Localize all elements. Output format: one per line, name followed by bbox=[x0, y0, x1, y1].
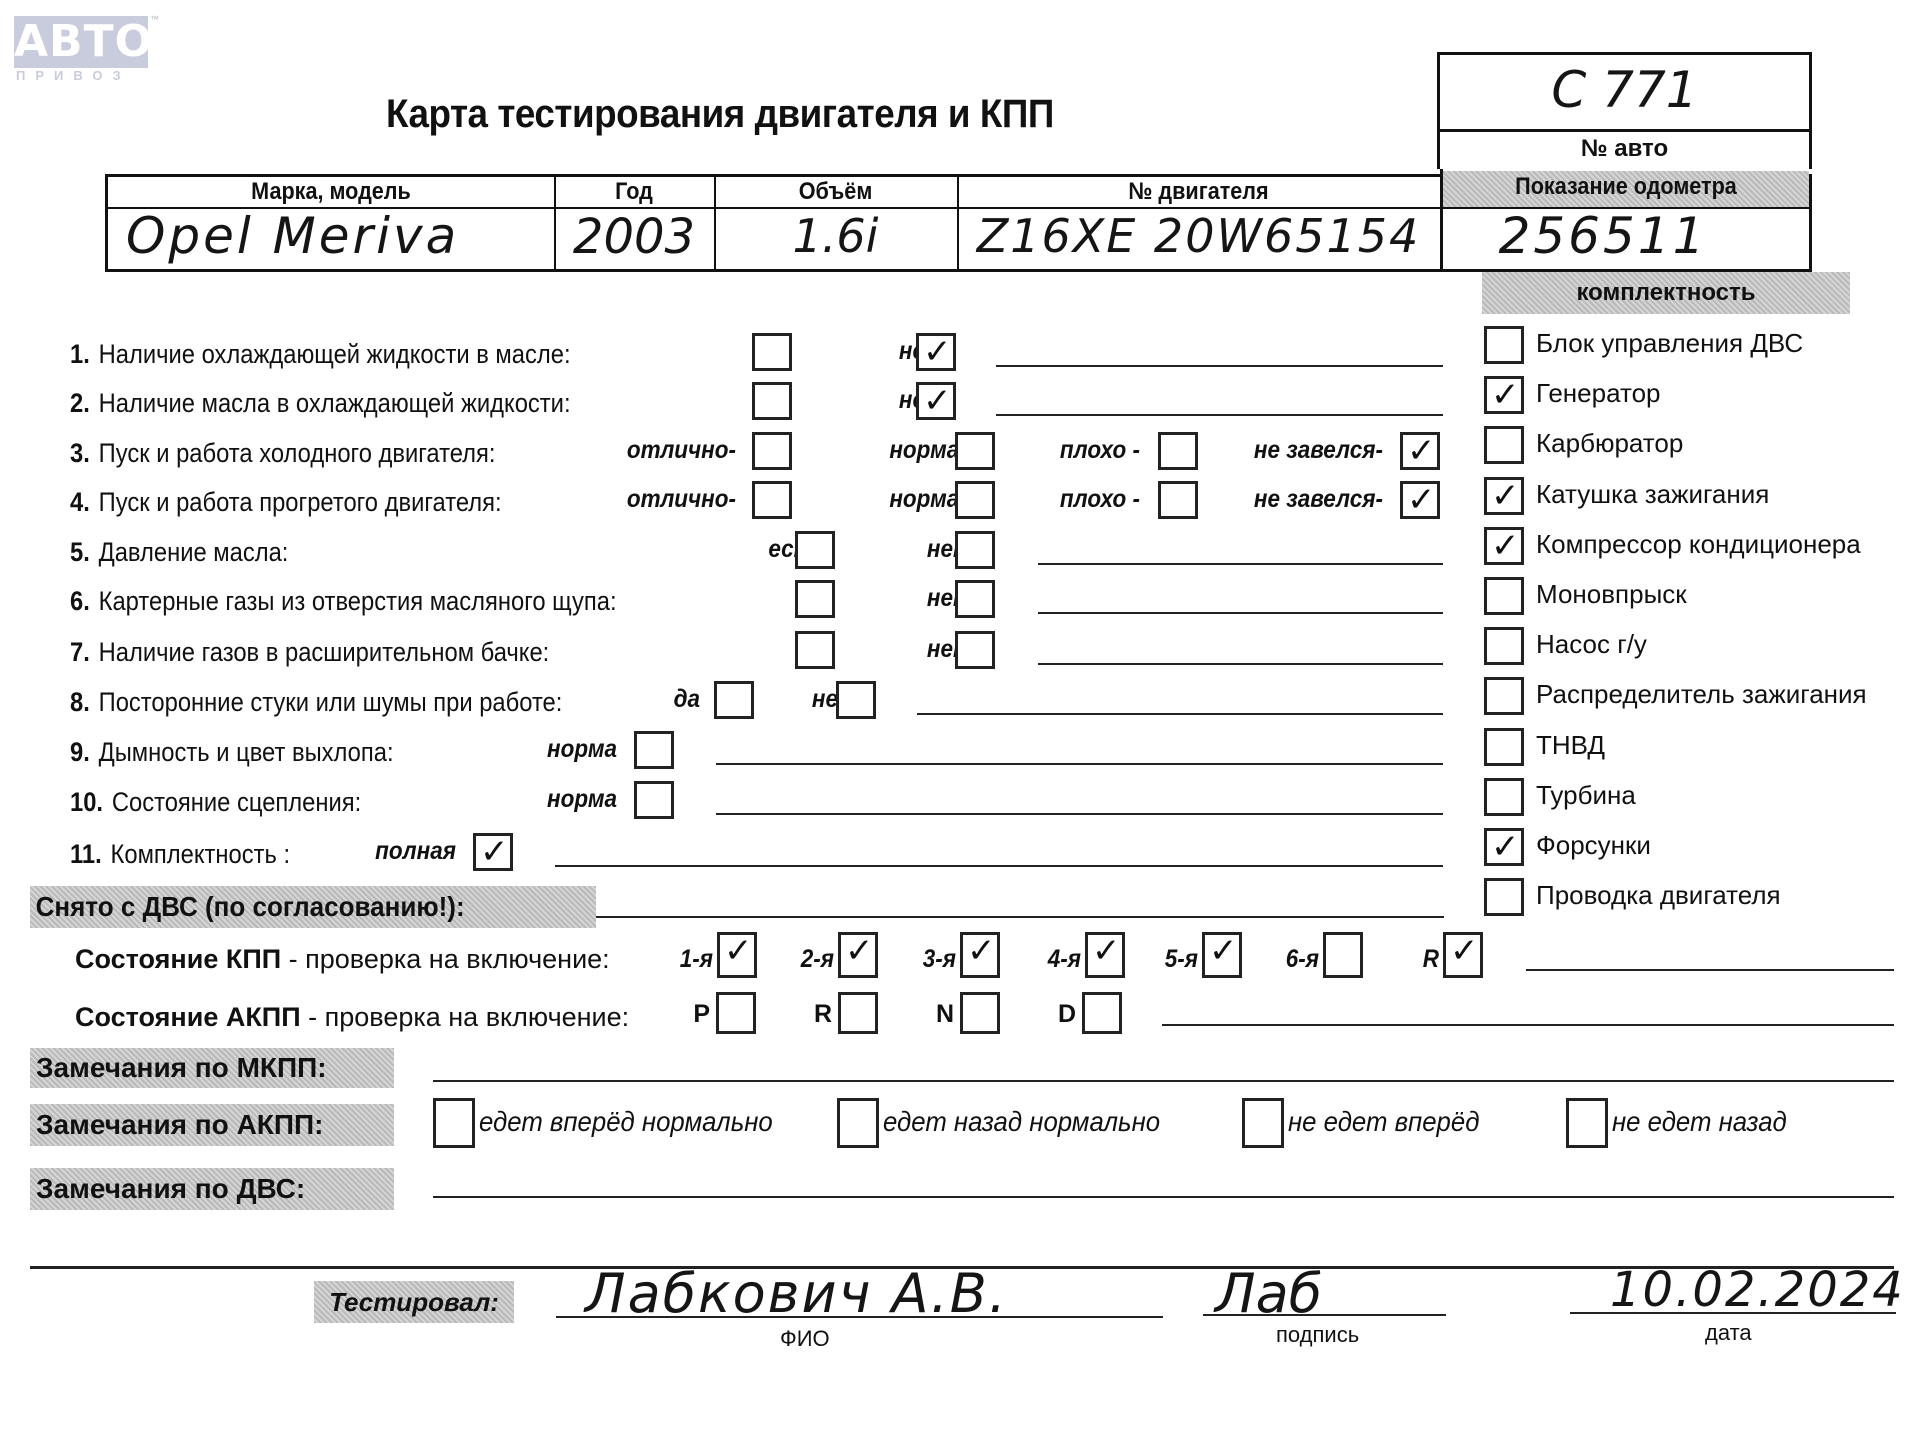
auto-gearbox-bold: Состояние АКПП bbox=[75, 1002, 301, 1032]
kit-checkbox[interactable] bbox=[1484, 426, 1524, 464]
question-text: Дымность и цвет выхлопа: bbox=[99, 737, 394, 767]
name-line[interactable] bbox=[556, 1316, 1163, 1318]
kit-item-label: ТНВД bbox=[1536, 730, 1605, 761]
akpp-remark-checkbox[interactable] bbox=[1242, 1098, 1284, 1148]
option-label: нет bbox=[829, 635, 973, 664]
trademark-sign: ™ bbox=[150, 14, 159, 24]
question-number: 10. bbox=[70, 787, 103, 817]
kit-item-label: Карбюратор bbox=[1536, 428, 1683, 459]
signature-line[interactable] bbox=[1203, 1314, 1446, 1316]
auto-position-label: P bbox=[676, 1000, 710, 1029]
question-number: 11. bbox=[70, 839, 102, 869]
manual-gearbox-label: Состояние КПП - проверка на включение: bbox=[75, 944, 610, 975]
akpp-remark-checkbox[interactable] bbox=[1566, 1098, 1608, 1148]
col-year: Год bbox=[562, 178, 706, 206]
volume-value: 1.6i bbox=[714, 209, 957, 263]
option-checkbox[interactable] bbox=[473, 833, 513, 871]
akpp-remark-checkbox[interactable] bbox=[433, 1098, 475, 1148]
auto-position-checkbox[interactable] bbox=[1082, 992, 1122, 1034]
akpp-remark-label: не едет назад bbox=[1612, 1106, 1787, 1138]
col-make-model: Марка, модель bbox=[130, 178, 531, 206]
question-text: Пуск и работа холодного двигателя: bbox=[99, 438, 496, 468]
auto-position-checkbox[interactable] bbox=[716, 992, 756, 1034]
odometer-value: 256511 bbox=[1443, 207, 1763, 265]
dvs-remarks-line[interactable] bbox=[433, 1196, 1894, 1198]
akpp-remark-label: едет вперёд нормально bbox=[479, 1106, 773, 1138]
manual-gearbox-bold: Состояние КПП bbox=[75, 944, 281, 974]
question-number: 2. bbox=[70, 388, 90, 418]
question-row: 5.Давление масла: bbox=[70, 537, 288, 568]
kit-checkbox[interactable] bbox=[1484, 828, 1524, 866]
auto-position-label: R bbox=[798, 1000, 832, 1029]
col-volume: Объём bbox=[726, 178, 945, 206]
kit-item-label: Проводка двигателя bbox=[1536, 880, 1781, 911]
notes-line[interactable] bbox=[996, 365, 1443, 367]
option-checkbox[interactable] bbox=[836, 681, 876, 719]
question-text: Состояние сцепления: bbox=[112, 787, 361, 817]
auto-position-label: N bbox=[920, 1000, 954, 1029]
kit-item-label: Форсунки bbox=[1536, 830, 1651, 861]
option-label: отлично- bbox=[592, 436, 736, 465]
option-label: да bbox=[556, 685, 700, 714]
removed-label: Снято с ДВС (по согласованию!): bbox=[30, 886, 556, 928]
engine-number-value: Z16XE 20W65154 bbox=[957, 209, 1440, 263]
mkpp-remarks-line[interactable] bbox=[433, 1080, 1894, 1082]
gear-label: 2-я bbox=[724, 945, 834, 974]
question-row: 1.Наличие охлаждающей жидкости в масле: bbox=[70, 339, 571, 370]
question-row: 9.Дымность и цвет выхлопа: bbox=[70, 737, 394, 768]
auto-gearbox-rest: - проверка на включение: bbox=[301, 1002, 630, 1032]
akpp-remark-label: не едет вперёд bbox=[1288, 1106, 1479, 1138]
notes-line[interactable] bbox=[996, 414, 1443, 416]
option-label: плохо - bbox=[996, 485, 1140, 514]
option-checkbox[interactable] bbox=[752, 333, 792, 371]
notes-line[interactable] bbox=[716, 763, 1443, 765]
question-number: 5. bbox=[70, 537, 90, 567]
option-checkbox[interactable] bbox=[752, 432, 792, 470]
kit-checkbox[interactable] bbox=[1484, 577, 1524, 615]
car-number-box: С 771 № авто bbox=[1437, 52, 1812, 169]
question-number: 6. bbox=[70, 586, 90, 616]
question-number: 1. bbox=[70, 339, 90, 369]
option-label: нет bbox=[829, 535, 973, 564]
manual-gearbox-line[interactable] bbox=[1526, 969, 1894, 971]
gear-label: 3-я bbox=[845, 945, 956, 974]
col-odometer: Показание одометра bbox=[1461, 173, 1790, 201]
year-value: 2003 bbox=[554, 209, 714, 265]
auto-position-label: D bbox=[1042, 1000, 1076, 1029]
akpp-remark-checkbox[interactable] bbox=[837, 1098, 879, 1148]
page-title: Карта тестирования двигателя и КПП bbox=[386, 92, 1054, 137]
question-text: Наличие масла в охлаждающей жидкости: bbox=[99, 388, 571, 418]
option-label: полная bbox=[312, 837, 456, 866]
signature-caption: подпись bbox=[1276, 1322, 1359, 1348]
option-checkbox[interactable] bbox=[634, 731, 674, 769]
kit-checkbox[interactable] bbox=[1484, 778, 1524, 816]
kit-checkbox[interactable] bbox=[1484, 376, 1524, 414]
question-row: 2.Наличие масла в охлаждающей жидкости: bbox=[70, 388, 571, 419]
gear-label: R bbox=[1332, 945, 1439, 974]
question-row: 10.Состояние сцепления: bbox=[70, 787, 361, 818]
option-checkbox[interactable] bbox=[916, 382, 956, 420]
option-label: нет bbox=[829, 584, 973, 613]
vehicle-info-table: Марка, модель Год Объём № двигателя Пока… bbox=[105, 174, 1812, 272]
option-checkbox[interactable] bbox=[1158, 481, 1198, 519]
kit-checkbox[interactable] bbox=[1484, 878, 1524, 916]
notes-line[interactable] bbox=[555, 865, 1443, 867]
gear-label: 1-я bbox=[602, 945, 713, 974]
dvs-remarks-label: Замечания по ДВС: bbox=[30, 1168, 394, 1210]
auto-gearbox-line[interactable] bbox=[1162, 1024, 1894, 1026]
col-engine-number: № двигателя bbox=[981, 178, 1416, 206]
make-model-value: Opel Meriva bbox=[126, 207, 459, 265]
option-label: норма - bbox=[829, 485, 973, 514]
notes-line[interactable] bbox=[1038, 612, 1443, 614]
auto-position-checkbox[interactable] bbox=[838, 992, 878, 1034]
question-text: Пуск и работа прогретого двигателя: bbox=[99, 487, 502, 517]
question-row: 11.Комплектность : bbox=[70, 839, 290, 870]
akpp-remarks-band: Замечания по АКПП: bbox=[30, 1104, 394, 1146]
car-number-value: С 771 bbox=[1440, 61, 1809, 119]
kit-item-label: Компрессор кондиционера bbox=[1536, 529, 1861, 560]
logo-subtitle: ПРИВОЗ bbox=[16, 68, 150, 83]
option-label: не завелся- bbox=[1239, 485, 1383, 514]
question-text: Наличие охлаждающей жидкости в масле: bbox=[99, 339, 571, 369]
question-number: 3. bbox=[70, 438, 90, 468]
question-number: 8. bbox=[70, 687, 90, 717]
question-text: Картерные газы из отверстия масляного щу… bbox=[99, 586, 617, 616]
question-text: Наличие газов в расширительном бачке: bbox=[99, 637, 550, 667]
question-number: 9. bbox=[70, 737, 90, 767]
question-text: Комплектность : bbox=[111, 839, 291, 869]
option-checkbox[interactable] bbox=[955, 631, 995, 669]
kit-item-label: Моновпрыск bbox=[1536, 579, 1687, 610]
kit-checkbox[interactable] bbox=[1484, 527, 1524, 565]
kit-item-label: Турбина bbox=[1536, 780, 1636, 811]
kit-item-label: Блок управления ДВС bbox=[1536, 328, 1803, 359]
kit-item-label: Распределитель зажигания bbox=[1536, 679, 1867, 710]
avto-privoz-logo: АВТО bbox=[14, 16, 148, 68]
notes-line[interactable] bbox=[716, 813, 1443, 815]
notes-line[interactable] bbox=[1038, 563, 1443, 565]
option-label: не завелся- bbox=[1239, 436, 1383, 465]
dvs-remarks-band: Замечания по ДВС: bbox=[30, 1168, 394, 1210]
auto-gearbox-label: Состояние АКПП - проверка на включение: bbox=[75, 1002, 629, 1033]
gear-label: 5-я bbox=[1088, 945, 1198, 974]
question-row: 8.Посторонние стуки или шумы при работе: bbox=[70, 687, 562, 718]
kit-item-label: Насос г/у bbox=[1536, 629, 1647, 660]
akpp-remark-label: едет назад нормально bbox=[883, 1106, 1160, 1138]
question-row: 3.Пуск и работа холодного двигателя: bbox=[70, 438, 495, 469]
question-row: 6.Картерные газы из отверстия масляного … bbox=[70, 586, 617, 617]
option-label: норма - bbox=[829, 436, 973, 465]
removed-band: Снято с ДВС (по согласованию!): bbox=[30, 886, 596, 928]
notes-line[interactable] bbox=[917, 713, 1443, 715]
gear-label: 6-я bbox=[1210, 945, 1319, 974]
gear-checkbox[interactable] bbox=[1443, 932, 1483, 978]
question-text: Давление масла: bbox=[99, 537, 289, 567]
gear-label: 4-я bbox=[968, 945, 1081, 974]
option-label: плохо - bbox=[996, 436, 1140, 465]
question-number: 7. bbox=[70, 637, 90, 667]
tested-by-label: Тестировал: bbox=[314, 1281, 514, 1323]
kit-title: комплектность bbox=[1482, 272, 1850, 314]
date-caption: дата bbox=[1705, 1320, 1752, 1346]
option-label: норма bbox=[473, 735, 617, 764]
option-label: отлично- bbox=[592, 485, 736, 514]
option-checkbox[interactable] bbox=[1400, 481, 1440, 519]
option-checkbox[interactable] bbox=[752, 481, 792, 519]
manual-gearbox-rest: - проверка на включение: bbox=[281, 944, 610, 974]
option-checkbox[interactable] bbox=[1400, 432, 1440, 470]
option-checkbox[interactable] bbox=[955, 531, 995, 569]
kit-checkbox[interactable] bbox=[1484, 627, 1524, 665]
notes-line[interactable] bbox=[1038, 663, 1443, 665]
test-date: 10.02.2024 bbox=[1610, 1262, 1905, 1318]
mkpp-remarks-label: Замечания по МКПП: bbox=[30, 1048, 394, 1088]
question-number: 4. bbox=[70, 487, 90, 517]
kit-band: комплектность bbox=[1482, 272, 1850, 314]
kit-item-label: Генератор bbox=[1536, 378, 1661, 409]
option-checkbox[interactable] bbox=[752, 382, 792, 420]
mkpp-remarks-band: Замечания по МКПП: bbox=[30, 1048, 394, 1088]
kit-checkbox[interactable] bbox=[1484, 477, 1524, 515]
question-row: 4.Пуск и работа прогретого двигателя: bbox=[70, 487, 502, 518]
option-checkbox[interactable] bbox=[955, 432, 995, 470]
option-label: норма bbox=[473, 785, 617, 814]
option-checkbox[interactable] bbox=[634, 781, 674, 819]
option-checkbox[interactable] bbox=[955, 481, 995, 519]
akpp-remarks-label: Замечания по АКПП: bbox=[30, 1104, 394, 1146]
question-row: 7.Наличие газов в расширительном бачке: bbox=[70, 637, 549, 668]
auto-position-checkbox[interactable] bbox=[960, 992, 1000, 1034]
car-number-label: № авто bbox=[1440, 135, 1809, 163]
question-text: Посторонние стуки или шумы при работе: bbox=[99, 687, 563, 717]
kit-checkbox[interactable] bbox=[1484, 677, 1524, 715]
option-checkbox[interactable] bbox=[916, 333, 956, 371]
kit-item-label: Катушка зажигания bbox=[1536, 479, 1769, 510]
option-checkbox[interactable] bbox=[955, 580, 995, 618]
tested-by-band: Тестировал: bbox=[314, 1281, 514, 1323]
date-line[interactable] bbox=[1570, 1312, 1896, 1314]
kit-checkbox[interactable] bbox=[1484, 728, 1524, 766]
removed-line[interactable] bbox=[596, 916, 1444, 918]
option-checkbox[interactable] bbox=[1158, 432, 1198, 470]
name-caption: ФИО bbox=[780, 1326, 830, 1352]
kit-checkbox[interactable] bbox=[1484, 326, 1524, 364]
